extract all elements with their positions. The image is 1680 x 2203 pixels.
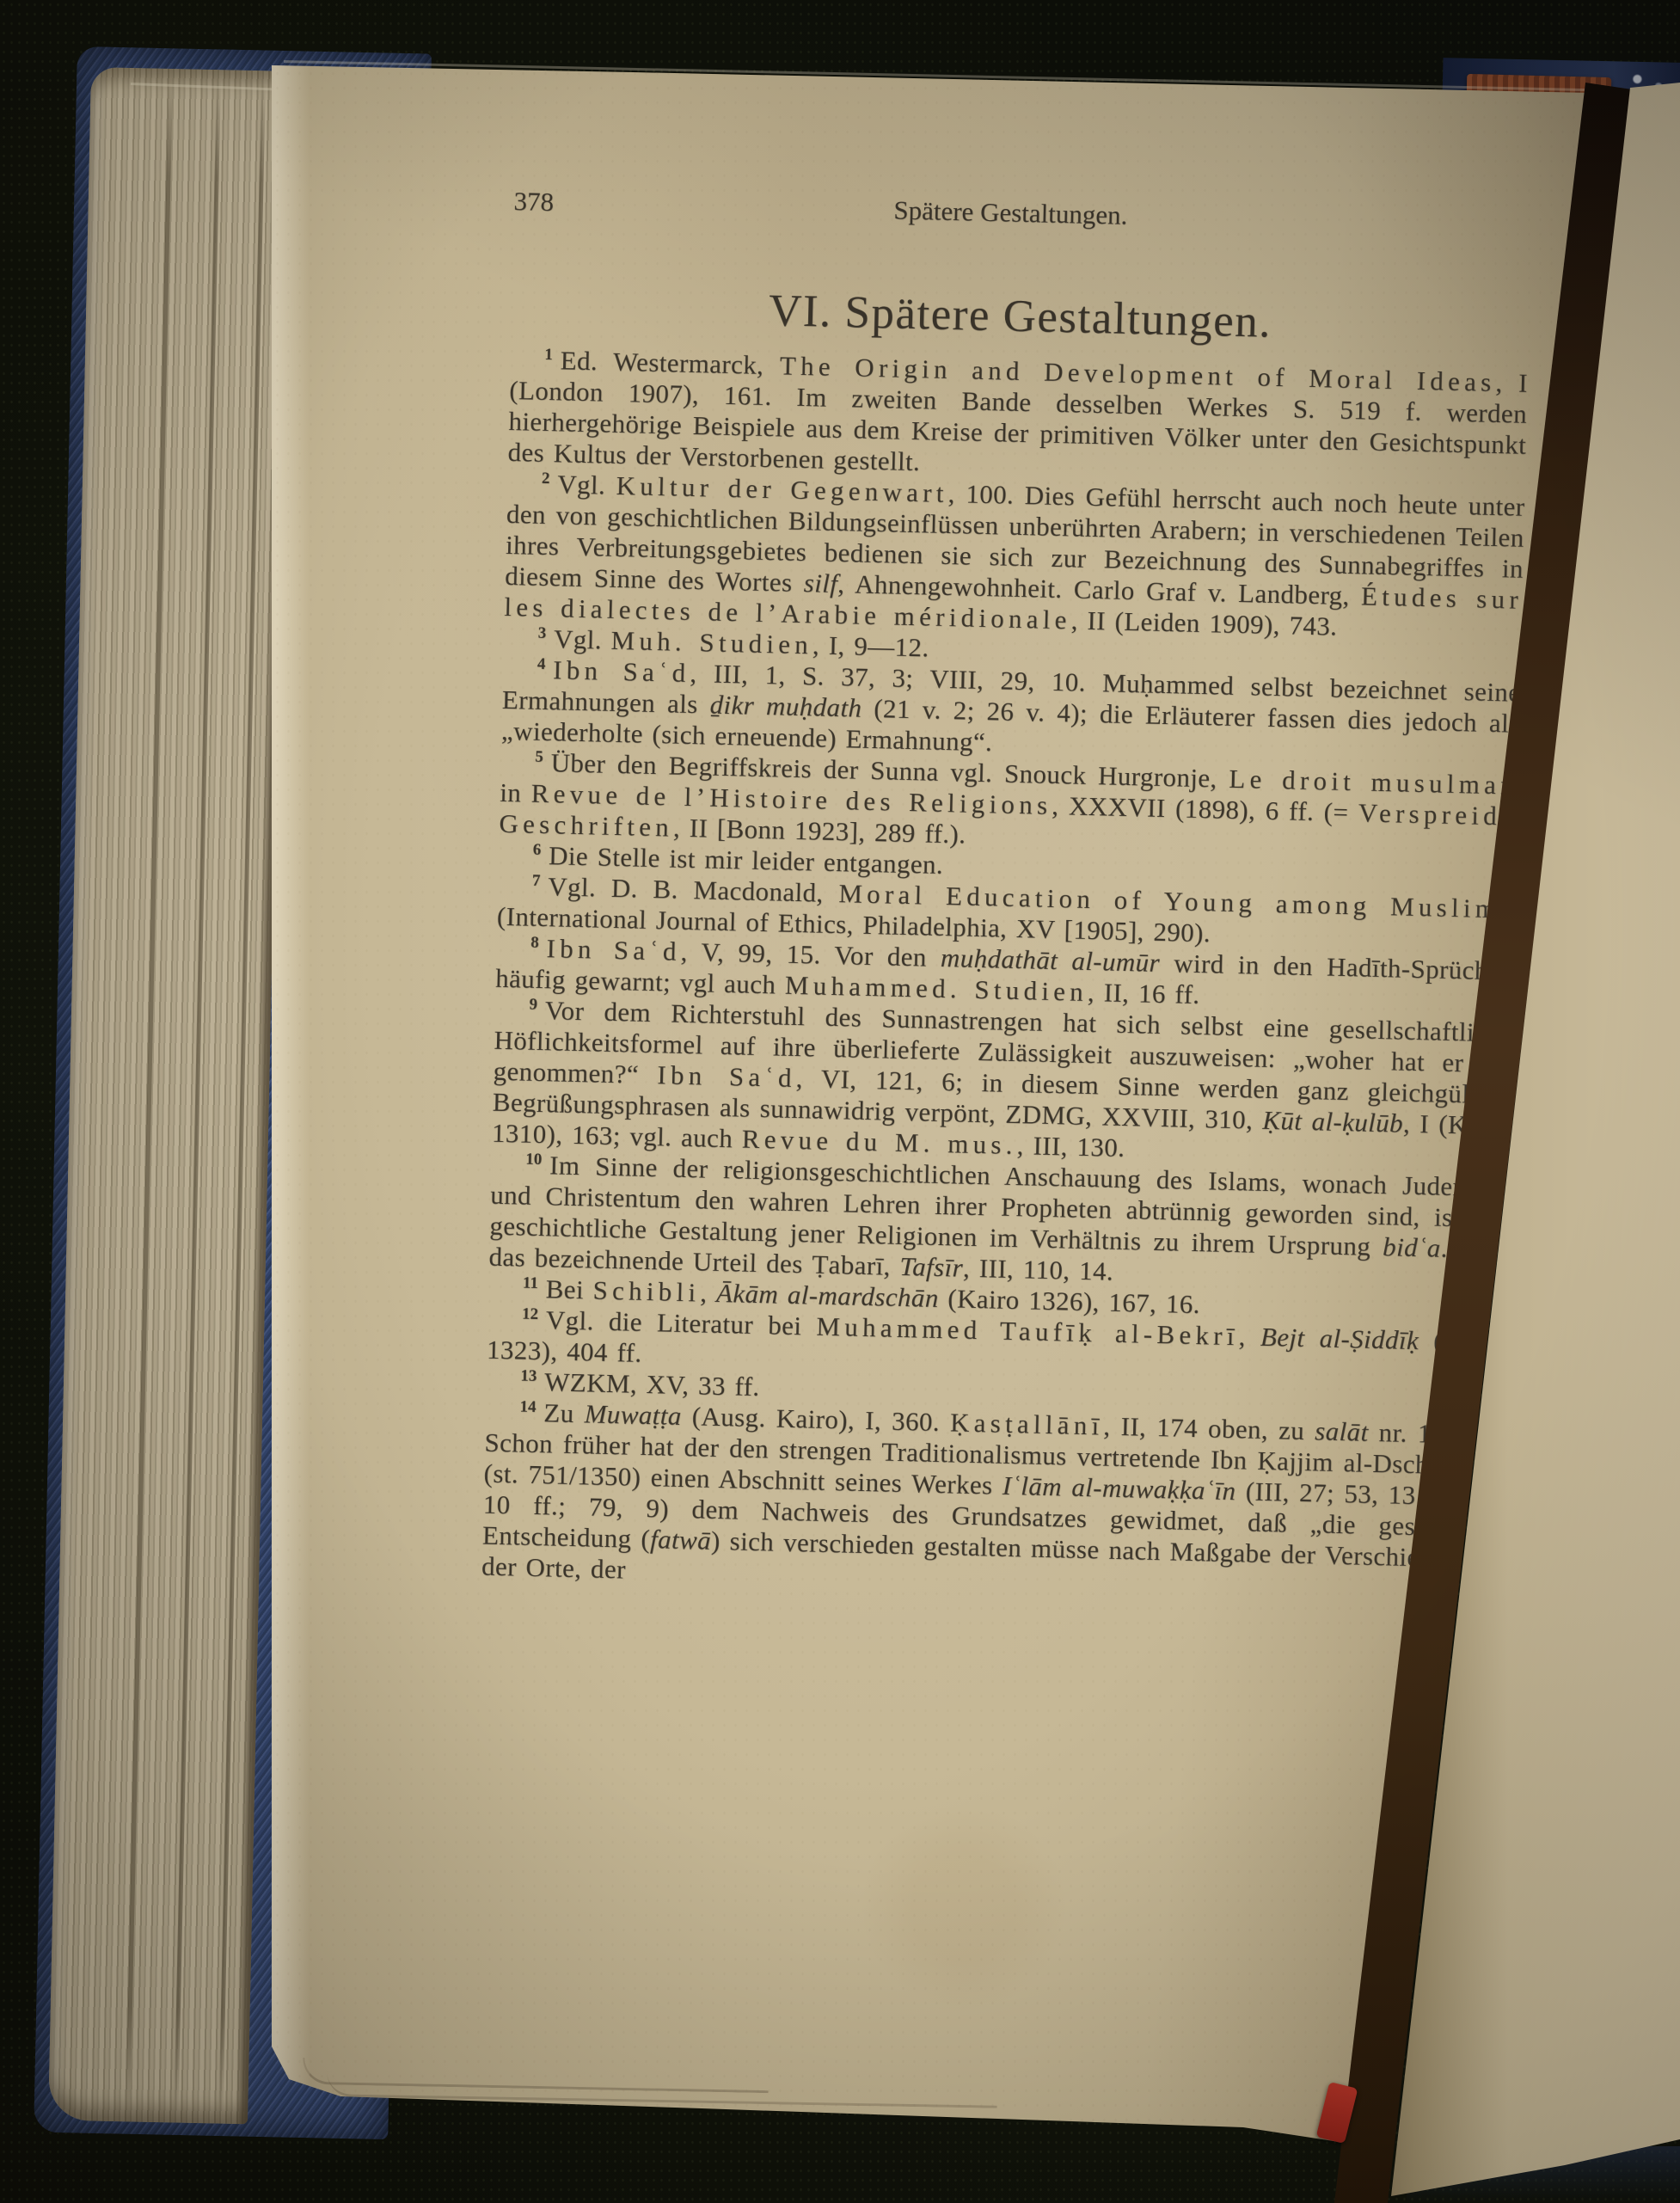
footnote-text-segment: WZKM, XV, 33 ff.	[544, 1366, 760, 1402]
footnote-number: 10	[525, 1150, 542, 1168]
footnote-text-segment: Zu	[543, 1397, 585, 1428]
footnote-text-segment: , III, 130.	[1016, 1130, 1125, 1163]
page-header: 378 Spätere Gestaltungen.	[513, 186, 1532, 248]
chapter-title: VI. Spätere Gestaltungen.	[511, 279, 1530, 354]
page-content: 378 Spätere Gestaltungen. VI. Spätere Ge…	[481, 186, 1532, 1605]
footnote-number: 9	[529, 995, 537, 1013]
footnote-text-segment: Ḳūt al-ḳulūb	[1262, 1105, 1403, 1138]
footnote-text-segment: ḏikr muḥdath	[709, 690, 862, 723]
footnote-9: 9Vor dem Richterstuhl des Sunnastrengen …	[492, 994, 1513, 1173]
footnote-text-segment: , II (Leiden 1909), 743.	[1070, 604, 1337, 641]
footnote-text-segment: bidʿa	[1383, 1231, 1441, 1263]
footnote-number: 8	[530, 933, 539, 951]
footnote-text-segment: Muh. Studien	[610, 625, 812, 660]
footnote-text-segment: Schibli	[592, 1275, 701, 1308]
footnote-text-segment: (Ausg. Kairo), I, 360.	[681, 1401, 950, 1437]
footnote-text-segment: , III, 110, 14.	[963, 1253, 1114, 1286]
footnote-text-segment: fatwā	[650, 1524, 712, 1556]
footnote-text-segment: Ākām al-mardschān	[716, 1278, 939, 1313]
footnote-text-segment: Ibn Saʿd	[657, 1059, 796, 1093]
book-photo-scene: 378 Spätere Gestaltungen. VI. Spätere Ge…	[0, 0, 1680, 2203]
footnote-text-segment: Vgl.	[557, 469, 616, 500]
footnote-text-segment: (Kairo 1326), 167, 16.	[938, 1283, 1200, 1319]
footnote-text-segment: , II, 174 oben, zu	[1103, 1411, 1315, 1446]
footnote-text-segment: , XXXVII (1898), 6 ff. (=	[1052, 790, 1358, 827]
footnote-number: 3	[538, 623, 547, 641]
footnote-number: 7	[532, 871, 541, 889]
footnote-text-segment: , I, 9—12.	[812, 629, 929, 662]
footnote-text-segment: ,	[1238, 1321, 1260, 1352]
footnote-text-segment: Ed. Westermarck,	[560, 345, 780, 380]
footnote-text-segment: salāt	[1315, 1415, 1369, 1446]
footnote-text-segment: ,	[700, 1277, 717, 1307]
footnote-10: 10Im Sinne der religionsgeschichtlichen …	[488, 1149, 1509, 1297]
footnote-1: 1Ed. Westermarck, The Origin and Develop…	[507, 344, 1528, 492]
footnote-text-segment: Ḳasṭallānī	[950, 1407, 1104, 1440]
footnote-text-segment: silf	[803, 568, 837, 598]
footnote-number: 12	[522, 1304, 538, 1322]
footnote-text-segment: Ibn Saʿd	[553, 654, 690, 688]
footnote-14: 14Zu Muwaṭṭa (Ausg. Kairo), I, 360. Ḳasṭ…	[481, 1396, 1504, 1606]
footnote-text-segment: Vgl.	[554, 623, 611, 655]
footnote-text-segment: in	[500, 777, 531, 808]
footnote-number: 14	[519, 1397, 536, 1415]
running-header: Spätere Gestaltungen.	[893, 194, 1128, 230]
footnote-number: 4	[537, 654, 546, 672]
footnote-text-segment: Bei	[545, 1273, 593, 1304]
footnote-number: 13	[520, 1366, 536, 1384]
footnote-text-segment: Ibn Saʿd	[546, 933, 681, 966]
footnote-text-segment: , V, 99, 15. Vor den	[680, 936, 941, 973]
footnote-number: 1	[544, 346, 553, 364]
footnote-number: 6	[533, 840, 542, 858]
footnote-number: 11	[523, 1273, 538, 1292]
footnote-text-segment: Iʿlām al-muwaḳḳaʿīn	[1002, 1470, 1235, 1506]
footnote-text-segment: Vgl. die Literatur bei	[546, 1304, 817, 1341]
footnote-text-segment: Bejt al-Ṣiddīḳ	[1260, 1322, 1419, 1355]
footnote-text-segment: Tafsīr	[899, 1251, 963, 1283]
footnote-number: 2	[542, 469, 550, 488]
footnote-text-segment: muḥdathāt al-umūr	[941, 942, 1161, 978]
footnote-text-segment: Muwaṭṭa	[584, 1398, 682, 1431]
footnote-2: 2Vgl. Kultur der Gegenwart, 100. Dies Ge…	[504, 468, 1525, 647]
footnote-text-segment: , II, 16 ff.	[1088, 977, 1200, 1009]
footnote-number: 5	[535, 747, 543, 765]
page-number: 378	[513, 186, 554, 217]
footnotes-block: 1Ed. Westermarck, The Origin and Develop…	[481, 344, 1529, 1605]
